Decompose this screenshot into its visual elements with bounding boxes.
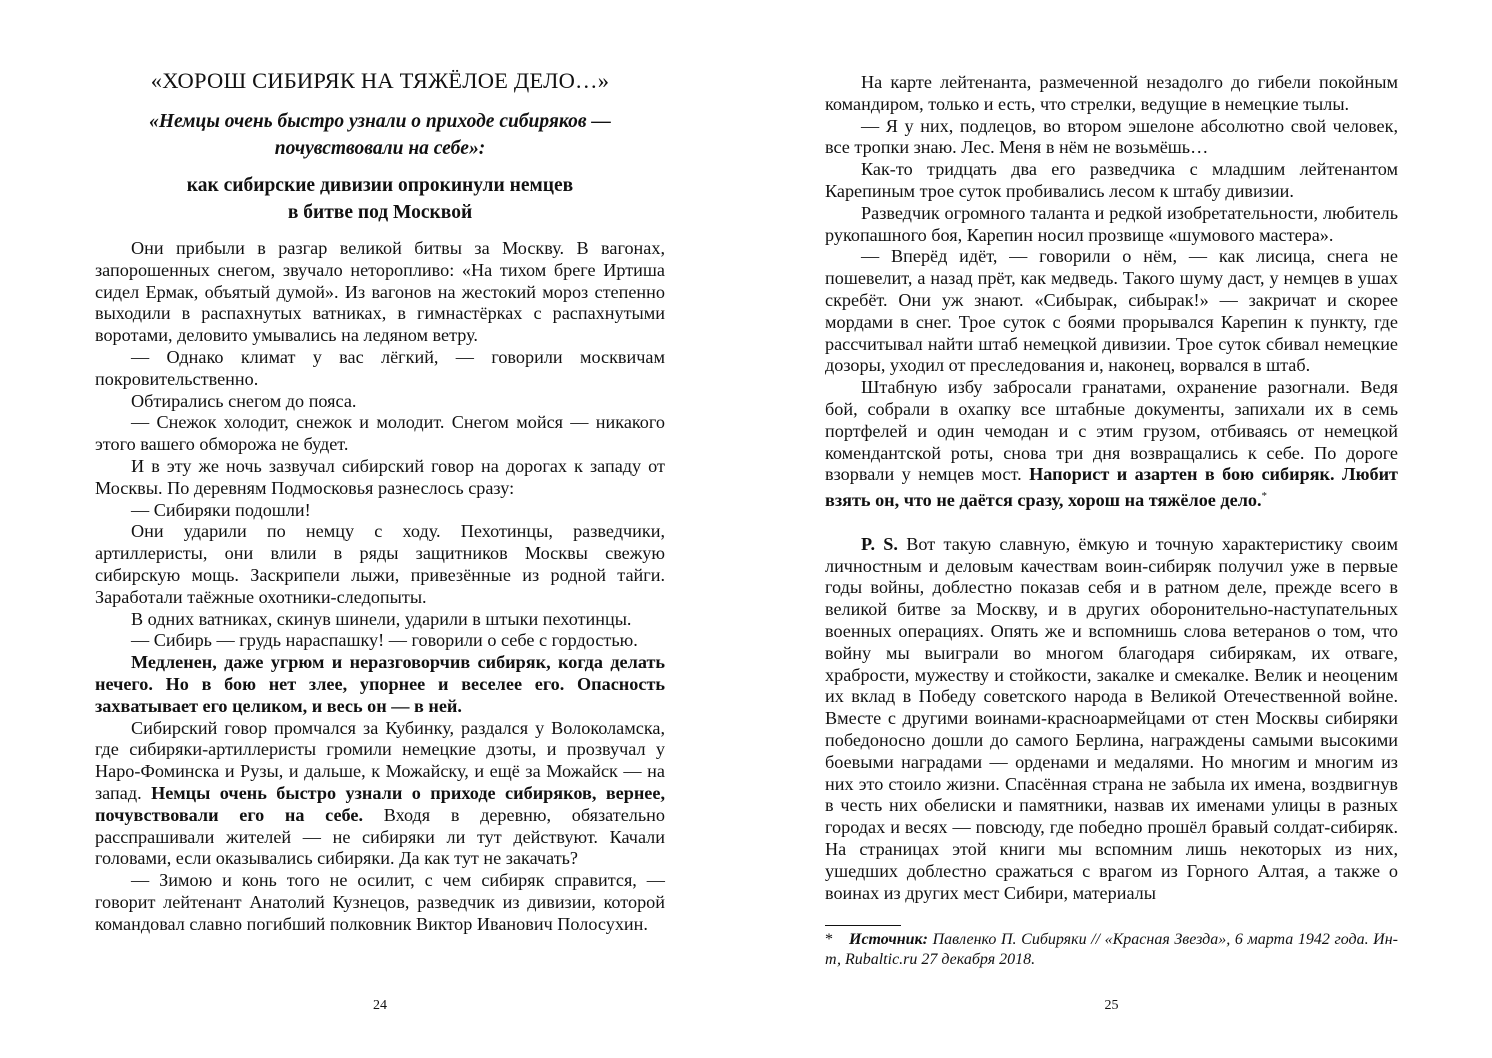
ps-text: Вот такую славную, ёмкую и точную характ…: [825, 534, 1398, 903]
footnote-mark[interactable]: *: [1262, 490, 1268, 502]
paragraph: — Вперёд идёт, — говорили о нём, — как л…: [825, 246, 1398, 377]
paragraph: На карте лейтенанта, размеченной незадол…: [825, 72, 1398, 116]
page-number: 24: [95, 998, 665, 1014]
subtitle-italic-line: почувствовали на себе»:: [95, 135, 665, 162]
ps-label: P. S.: [861, 534, 898, 554]
chapter-title: «ХОРОШ СИБИРЯК НА ТЯЖЁЛОЕ ДЕЛО…»: [95, 68, 665, 94]
chapter-subtitle-bold: как сибирские дивизии опрокинули немцев …: [95, 172, 665, 226]
chapter-subtitle-italic: «Немцы очень быстро узнали о приходе сиб…: [95, 108, 665, 162]
footnote-star: *: [825, 930, 849, 950]
paragraph: — Снежок холодит, снежок и молодит. Снег…: [95, 412, 665, 456]
right-page: На карте лейтенанта, размеченной незадол…: [825, 0, 1398, 1058]
bold-text: Медленен, даже угрюм и неразговорчив сиб…: [95, 652, 665, 716]
page-number: 25: [825, 998, 1398, 1014]
paragraph: Обтирались снегом до пояса.: [95, 391, 665, 413]
paragraph: Они ударили по немцу с ходу. Пехотинцы, …: [95, 521, 665, 608]
footnote-label: Источник:: [849, 931, 928, 948]
left-body-text: Они прибыли в разгар великой битвы за Мо…: [95, 238, 665, 936]
paragraph: Они прибыли в разгар великой битвы за Мо…: [95, 238, 665, 347]
right-body-text: На карте лейтенанта, размеченной незадол…: [825, 72, 1398, 904]
subtitle-bold-line: в битве под Москвой: [95, 199, 665, 226]
paragraph: И в эту же ночь зазвучал сибирский говор…: [95, 456, 665, 500]
paragraph: — Сибирь — грудь нараспашку! — говорили …: [95, 630, 665, 652]
footnote-divider: [825, 925, 901, 926]
subtitle-italic-line: «Немцы очень быстро узнали о приходе сиб…: [95, 108, 665, 135]
paragraph: — Зимою и конь того не осилит, с чем сиб…: [95, 870, 665, 935]
paragraph: Как-то тридцать два его разведчика с мла…: [825, 159, 1398, 203]
paragraph: — Я у них, подлецов, во втором эшелоне а…: [825, 116, 1398, 160]
paragraph: — Однако климат у вас лёгкий, — говорили…: [95, 347, 665, 391]
ps-paragraph: P. S. Вот такую славную, ёмкую и точную …: [825, 534, 1398, 905]
paragraph-mixed: Сибирский говор промчался за Кубинку, ра…: [95, 718, 665, 871]
paragraph-mixed: Штабную избу забросали гранатами, охране…: [825, 377, 1398, 512]
paragraph: — Сибиряки подошли!: [95, 500, 665, 522]
subtitle-bold-line: как сибирские дивизии опрокинули немцев: [95, 172, 665, 199]
paragraph: В одних ватниках, скинув шинели, ударили…: [95, 609, 665, 631]
paragraph: Разведчик огромного таланта и редкой изо…: [825, 203, 1398, 247]
paragraph-bold: Медленен, даже угрюм и неразговорчив сиб…: [95, 652, 665, 717]
footnote: *Источник: Павленко П. Сибиряки // «Крас…: [825, 930, 1398, 970]
left-page: «ХОРОШ СИБИРЯК НА ТЯЖЁЛОЕ ДЕЛО…» «Немцы …: [95, 0, 665, 1058]
